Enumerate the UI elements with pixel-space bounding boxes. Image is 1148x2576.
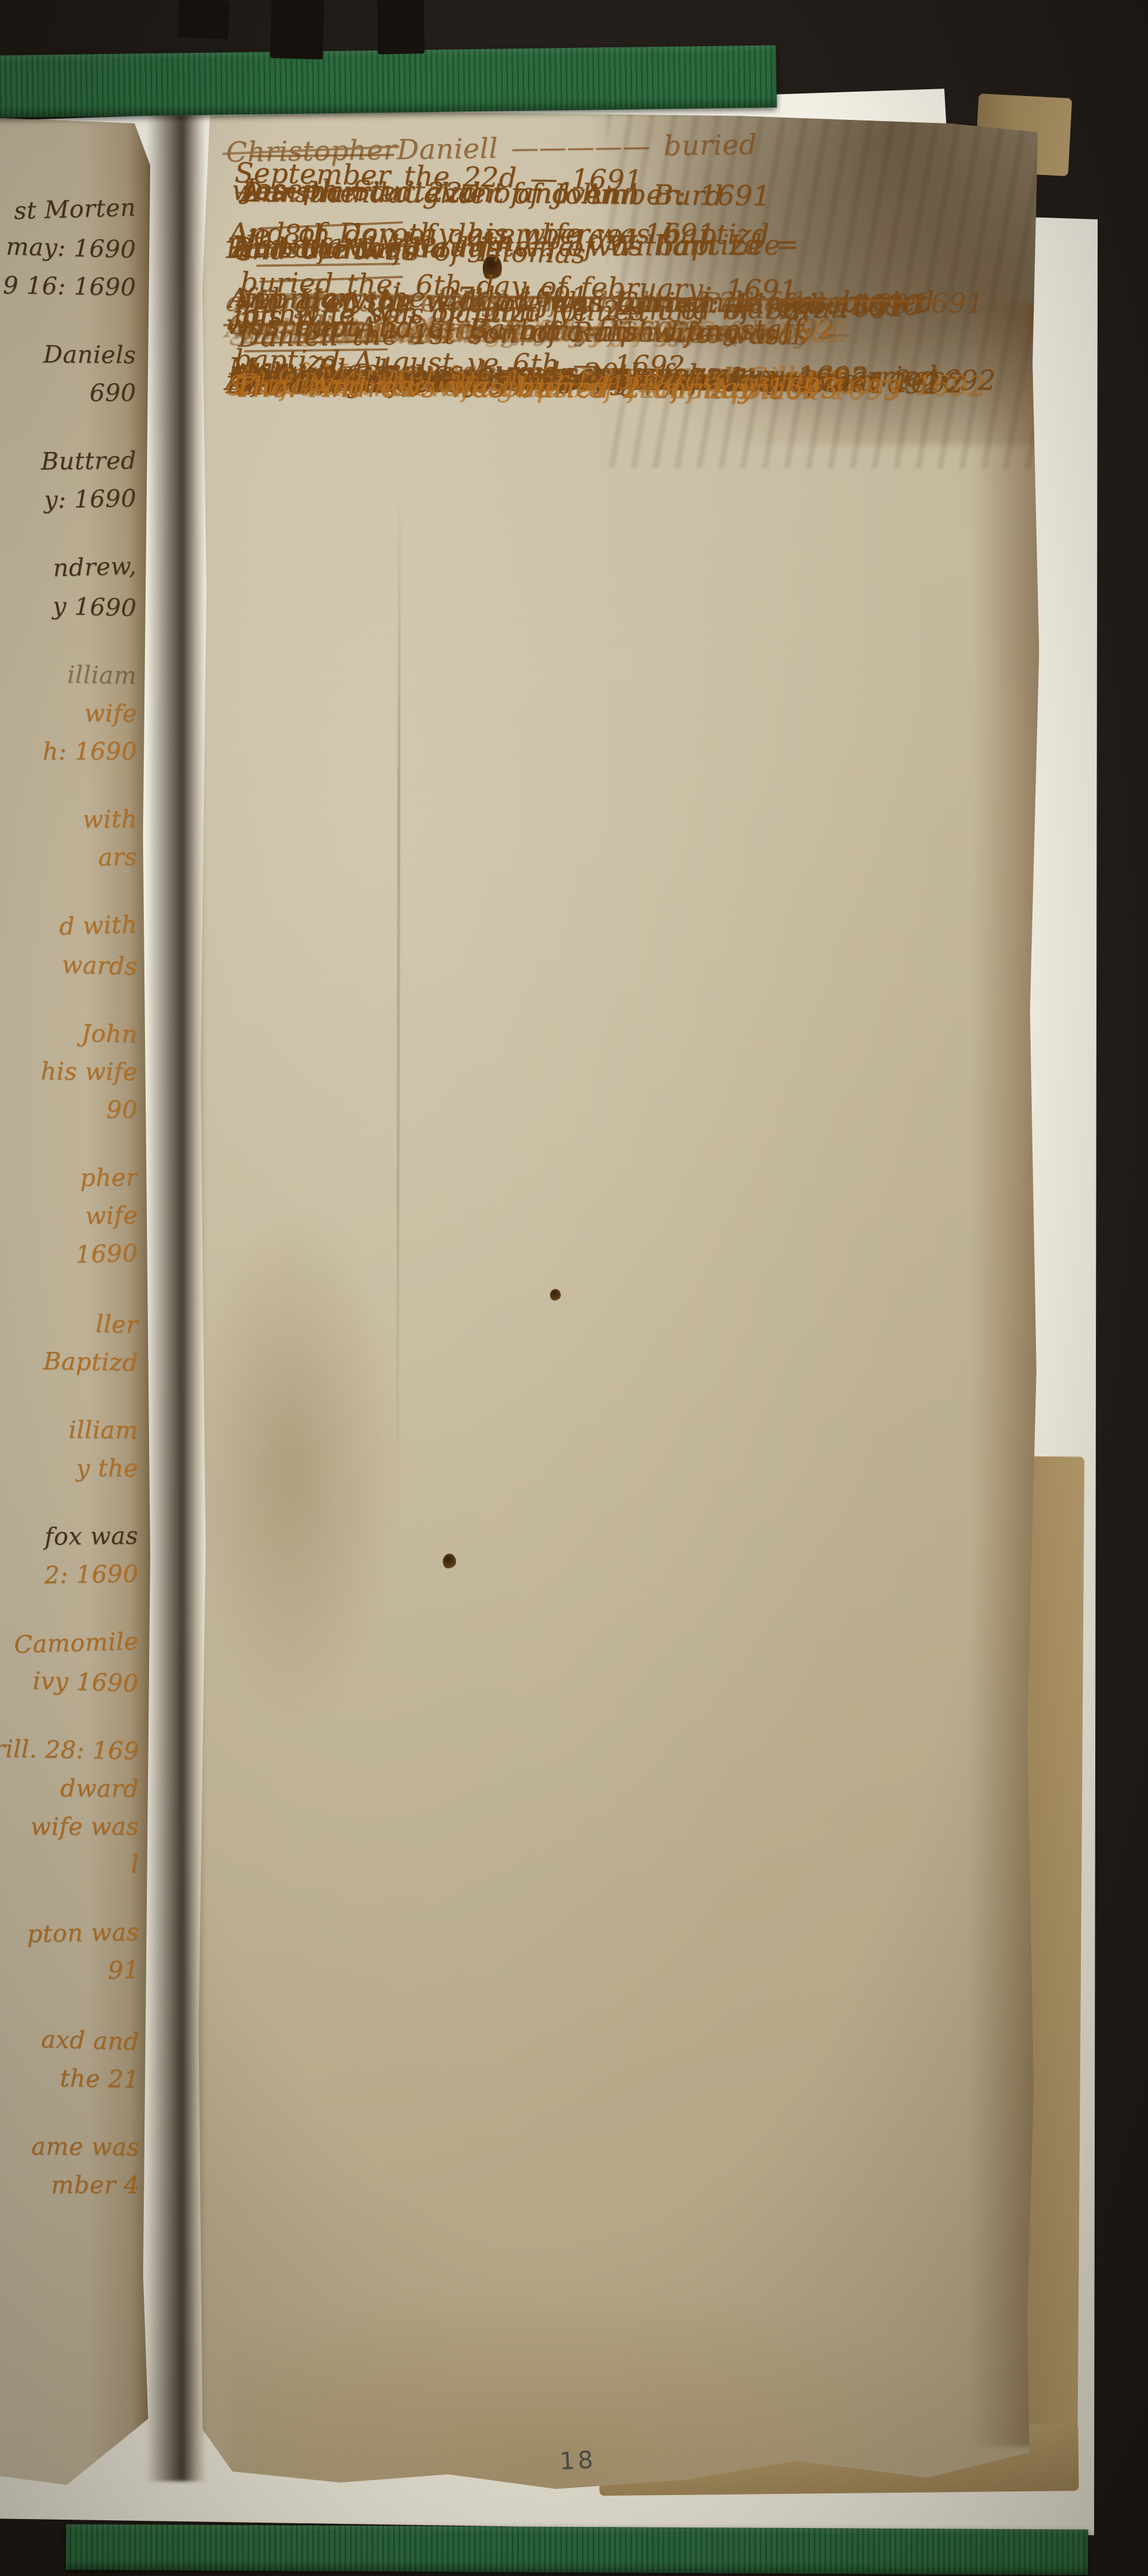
struck-text: Dursham (241, 172, 371, 212)
left-page-fragment: ame was (0, 2132, 140, 2162)
left-page-fragment: wife (0, 698, 137, 728)
ink-blot (550, 1289, 561, 1301)
left-page-fragment: y: 1690 (0, 484, 137, 516)
left-page-fragment: 90 (0, 1096, 137, 1124)
left-page-fragment: with (0, 805, 137, 835)
left-page-fragment: ars (0, 843, 137, 874)
left-page-fragment: d with (0, 910, 138, 943)
left-page-fragment: Camomile (0, 1627, 139, 1660)
left-page-fragment: y the (0, 1454, 138, 1483)
left-page-fragment: axd and (0, 2024, 140, 2056)
left-page-fragment: illiam (0, 659, 137, 690)
page-number: 18 (559, 2446, 597, 2475)
left-page-fragment: wife was (0, 1812, 139, 1841)
left-page-fragment: the 21 (0, 2063, 140, 2094)
left-page-fragment: mber 4 (0, 2171, 140, 2200)
left-page-fragment: 2: 1690 (0, 1560, 138, 1591)
left-page-fragment: Daniels (0, 340, 136, 370)
left-page-fragment: ndrew, (0, 552, 137, 585)
left-page-fragment: Baptizd (0, 1346, 138, 1377)
left-page-fragments: st Mortenmay: 16909 16: 1690Daniels690Bu… (0, 195, 140, 2209)
left-page-fragment: 91 (0, 1956, 140, 1989)
left-page-fragment: may: 1690 (0, 232, 136, 264)
left-page-fragment: dward (0, 1773, 139, 1803)
left-page-fragment: Buttred (0, 447, 137, 477)
ink-blot (443, 1554, 456, 1569)
gutter-shadow (146, 114, 206, 2481)
left-page-fragment: y 1690 (0, 590, 137, 623)
register-entries: Christopher Daniell ————— buriedSeptembe… (234, 126, 1009, 369)
left-page-fragment: st Morten (0, 194, 136, 227)
crease-line (396, 482, 401, 1501)
left-page-fragment: wife (0, 1201, 138, 1233)
left-page-fragment: illiam (0, 1415, 138, 1445)
left-page-fragment: pher (0, 1163, 138, 1194)
left-page-fragment: 1690 (0, 1239, 138, 1272)
binding-cloth-top (0, 45, 777, 117)
left-page-fragment: ivy 1690 (0, 1666, 139, 1698)
binding-gap (377, 0, 425, 55)
binding-gap (178, 0, 229, 39)
left-page-fragment: his wife (0, 1057, 137, 1087)
left-page-fragment: 9 16: 1690 (0, 271, 136, 302)
left-page-fragment: pton was (0, 1918, 139, 1950)
binding-cloth-bottom (66, 2524, 1088, 2575)
register-line: Ann the daughter of John Dursham (241, 172, 1015, 216)
left-page-fragment: rill. 28: 169 (0, 1735, 139, 1766)
left-page-fragment: h: 1690 (0, 737, 137, 766)
left-page-fragment: 690 (0, 379, 136, 408)
left-page-fragment: wards (0, 949, 138, 981)
manuscript-photo: st Mortenmay: 16909 16: 1690Daniels690Bu… (0, 0, 1148, 2576)
left-page-fragment: l (0, 1850, 139, 1881)
left-page-fragment: ller (0, 1307, 138, 1340)
left-page-fragment: fox was (0, 1522, 138, 1552)
main-page: Christopher Daniell ————— buriedSeptembe… (197, 110, 1045, 2494)
left-page-fragment: John (0, 1018, 138, 1049)
stain-mid-left (181, 1206, 401, 1730)
binding-gap (270, 0, 325, 59)
left-page: st Mortenmay: 16909 16: 1690Daniels690Bu… (0, 117, 156, 2487)
